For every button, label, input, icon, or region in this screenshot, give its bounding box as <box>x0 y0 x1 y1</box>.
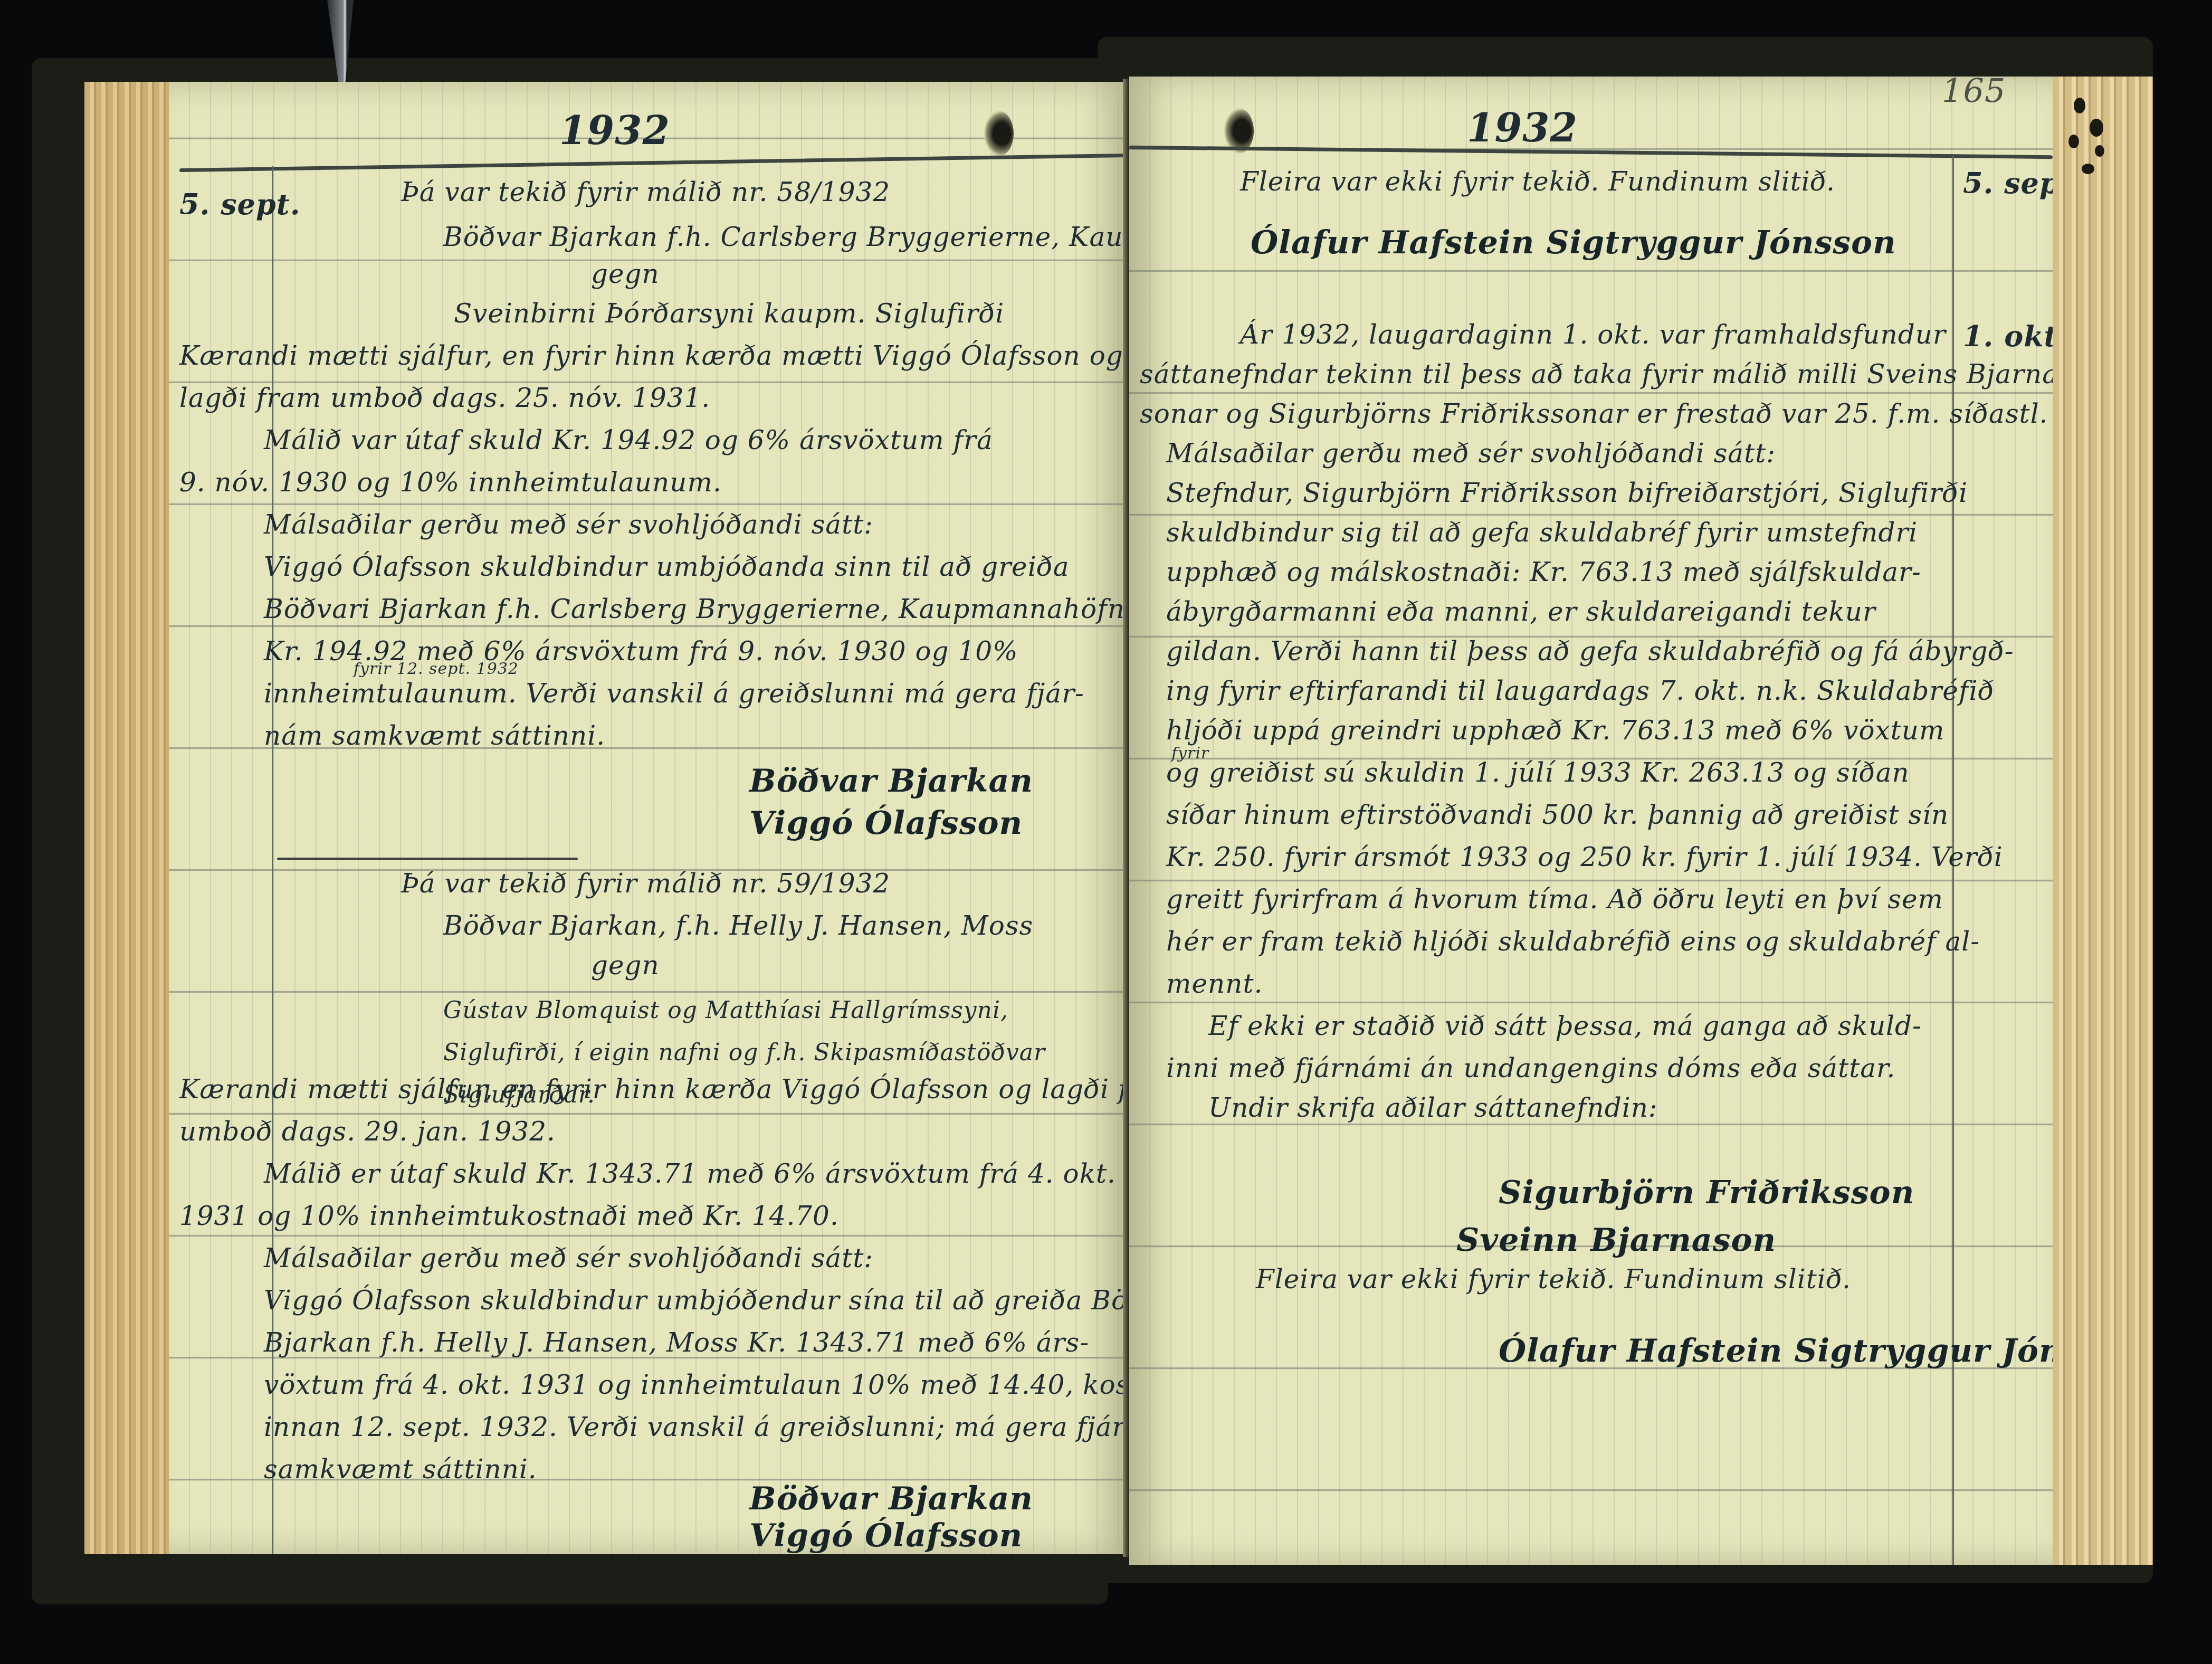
text-line: upphæð og málskostnaði: Kr. 763.13 með s… <box>1166 557 1921 587</box>
text-line: Málsaðilar gerðu með sér svohljóðandi sá… <box>1166 438 1776 469</box>
stain-mark <box>2082 164 2094 174</box>
plaintiff: Böðvar Bjarkan f.h. Carlsberg Bryggerier… <box>443 222 1129 252</box>
text-line: gildan. Verði hann til þess að gefa skul… <box>1166 636 2014 667</box>
text-line: mennt. <box>1166 968 1263 999</box>
text-line: og greiðist sú skuldin 1. júlí 1933 Kr. … <box>1166 757 1910 788</box>
right-page: 165 1932 5. sept. 1. okt. Fleira var ekk… <box>1129 77 2053 1565</box>
text-line: Málið var útaf skuld Kr. 194.92 og 6% ár… <box>264 425 993 455</box>
text-line: Stefndur, Sigurbjörn Friðriksson bifreið… <box>1166 478 1968 508</box>
text-line: samkvæmt sáttinni. <box>264 1454 537 1485</box>
text-line: sonar og Sigurbjörns Friðrikssonar er fr… <box>1140 398 2048 429</box>
officials-signature: Ólafur Hafstein Sigtryggur Jónsson <box>1251 224 1896 261</box>
text-line: Ár 1932, laugardaginn 1. okt. var framha… <box>1240 319 1946 350</box>
date-margin: 5. sept. <box>1963 166 2053 200</box>
text-line: Kærandi mætti sjálfur, en fyrir hinn kær… <box>179 340 1123 371</box>
case-intro: Þá var tekið fyrir málið nr. 59/1932 <box>401 868 890 899</box>
page-edges-left <box>84 82 169 1554</box>
text-line: inni með fjárnámi án undangengins dóms e… <box>1166 1053 1895 1083</box>
case-intro: Þá var tekið fyrir málið nr. 58/1932 <box>401 177 890 207</box>
text-line: vöxtum frá 4. okt. 1931 og innheimtulaun… <box>264 1370 1129 1400</box>
versus: gegn <box>591 950 660 981</box>
signature: Viggó Ólafsson <box>749 805 1023 842</box>
stain-mark <box>2068 135 2079 148</box>
opening-line: Fleira var ekki fyrir tekið. Fundinum sl… <box>1240 166 1835 197</box>
text-line: sáttanefndar tekinn til þess að taka fyr… <box>1140 359 2053 389</box>
text-line: lagði fram umboð dags. 25. nóv. 1931. <box>179 383 710 413</box>
text-line: innan 12. sept. 1932. Verði vanskil á gr… <box>264 1412 1129 1442</box>
signature: Viggó Ólafsson <box>749 1517 1023 1554</box>
text-line: Málið er útaf skuld Kr. 1343.71 með 6% á… <box>264 1158 1116 1189</box>
text-line: síðar hinum eftirstöðvandi 500 kr. þanni… <box>1166 800 1949 830</box>
year-header: 1932 <box>559 108 670 154</box>
date-margin: 5. sept. <box>179 187 300 221</box>
stain-mark <box>2090 119 2103 137</box>
text-line: hljóði uppá greindri upphæð Kr. 763.13 m… <box>1166 715 1944 746</box>
page-number: 165 <box>1942 77 2006 110</box>
text-line: Kr. 250. fyrir ársmót 1933 og 250 kr. fy… <box>1166 842 2003 872</box>
party-signature: Sveinn Bjarnason <box>1456 1222 1776 1259</box>
page-edges-right <box>2053 77 2153 1565</box>
text-line: innheimtulaunum. Verði vanskil á greiðsl… <box>264 678 1084 709</box>
text-line: 1931 og 10% innheimtukostnaði með Kr. 14… <box>179 1201 839 1231</box>
versus: gegn <box>591 259 660 289</box>
text-line: Böðvari Bjarkan f.h. Carlsberg Bryggerie… <box>264 594 1125 624</box>
text-line: Kærandi mætti sjálfur, en fyrir hinn kær… <box>179 1074 1129 1105</box>
closing-line: Fleira var ekki fyrir tekið. Fundinum sl… <box>1256 1264 1851 1295</box>
text-line: Viggó Ólafsson skuldbindur umbjóðendur s… <box>264 1285 1129 1316</box>
plaintiff: Böðvar Bjarkan, f.h. Helly J. Hansen, Mo… <box>443 910 1033 941</box>
signature: Böðvar Bjarkan <box>749 1480 1033 1517</box>
stain-mark <box>2074 98 2085 113</box>
text-line: Ef ekki er staðið við sátt þessa, má gan… <box>1208 1011 1922 1041</box>
text-line: Málsaðilar gerðu með sér svohljóðandi sá… <box>264 509 873 540</box>
text-line: hér er fram tekið hljóði skuldabréfið ei… <box>1166 926 1980 957</box>
defendant: Sveinbirni Þórðarsyni kaupm. Siglufirði <box>454 298 1004 329</box>
party-signature: Sigurbjörn Friðriksson <box>1499 1174 1914 1211</box>
signature: Böðvar Bjarkan <box>749 763 1033 800</box>
text-line: 9. nóv. 1930 og 10% innheimtulaunum. <box>179 467 722 498</box>
text-line: Málsaðilar gerðu með sér svohljóðandi sá… <box>264 1243 873 1273</box>
year-header: 1932 <box>1467 106 1578 151</box>
text-line: umboð dags. 29. jan. 1932. <box>179 1116 556 1147</box>
text-line: skuldbindur sig til að gefa skuldabréf f… <box>1166 517 1918 548</box>
punch-hole <box>984 111 1014 156</box>
stain-mark <box>2095 145 2104 157</box>
text-line: ábyrgðarmanni eða manni, er skuldareigan… <box>1166 596 1876 627</box>
closing-signature: Ólafur Hafstein Sigtryggur Jónsson <box>1499 1333 2053 1370</box>
text-line: Undir skrifa aðilar sáttanefndin: <box>1208 1092 1658 1123</box>
text-line: Bjarkan f.h. Helly J. Hansen, Moss Kr. 1… <box>264 1327 1089 1358</box>
left-page: 1932 5. sept. Þá var tekið fyrir málið n… <box>169 82 1129 1554</box>
text-line: greitt fyrirfram á hvorum tíma. Að öðru … <box>1166 884 1943 915</box>
interlinear-note: fyrir 12. sept. 1932 <box>354 660 519 678</box>
text-line: Viggó Ólafsson skuldbindur umbjóðanda si… <box>264 552 1070 582</box>
text-line: ing fyrir eftirfarandi til laugardags 7.… <box>1166 676 1995 706</box>
entry-separator <box>277 858 578 860</box>
date-margin: 1. okt. <box>1963 319 2053 353</box>
text-line: nám samkvæmt sáttinni. <box>264 720 605 751</box>
